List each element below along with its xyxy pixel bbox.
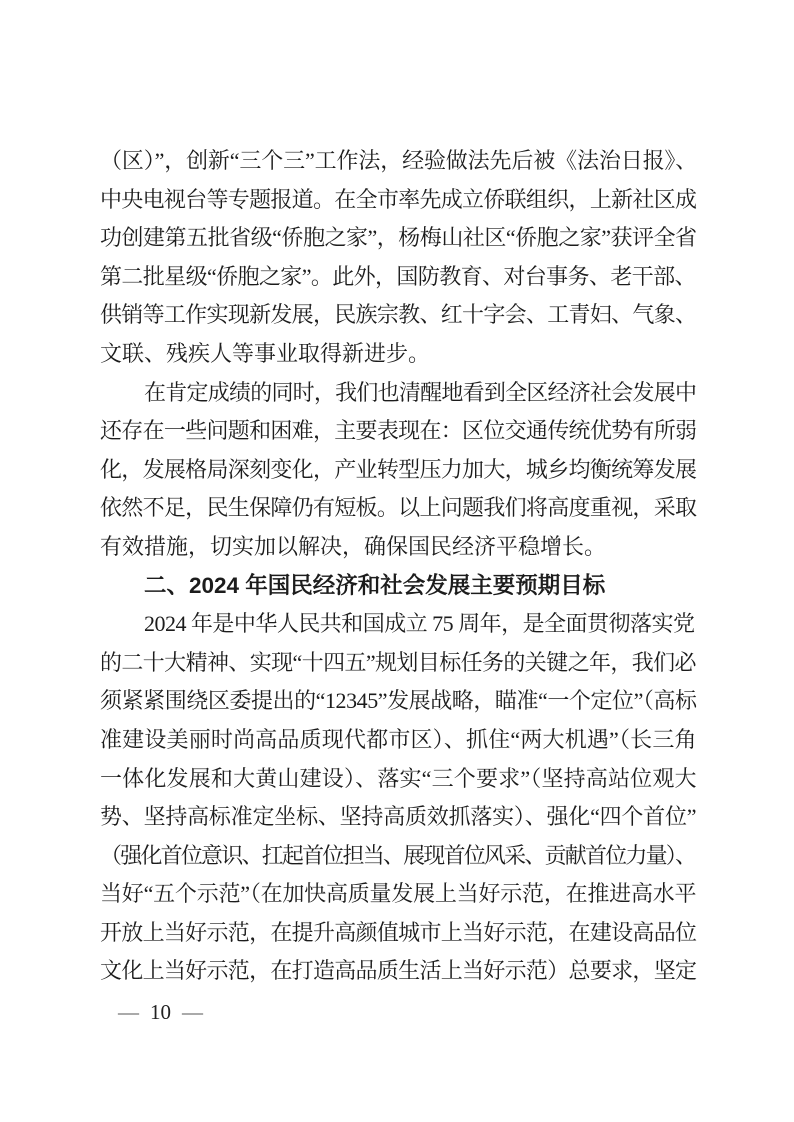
- footer-dash-right: —: [182, 1000, 203, 1024]
- text-line: 化，发展格局深刻变化，产业转型压力加大，城乡均衡统筹发展: [100, 451, 697, 490]
- text-line: 还存在一些问题和困难，主要表现在：区位交通传统优势有所弱: [100, 412, 697, 451]
- text-line-content: 文联、残疾人等事业取得新进步。: [100, 335, 430, 374]
- paragraph: （区）”，创新“三个三”工作法，经验做法先后被《法治日报》、中央电视台等专题报道…: [100, 142, 697, 374]
- text-line: 二、2024 年国民经济和社会发展主要预期目标: [100, 567, 697, 606]
- text-line-content: 开放上当好示范，在提升高颜值城市上当好示范，在建设高品位: [100, 914, 696, 953]
- section-heading: 二、2024 年国民经济和社会发展主要预期目标: [100, 567, 697, 606]
- text-line: （区）”，创新“三个三”工作法，经验做法先后被《法治日报》、: [100, 142, 697, 181]
- text-line-content: 功创建第五批省级“侨胞之家”，杨梅山社区“侨胞之家”获评全省: [100, 219, 697, 258]
- text-line: 第二批星级“侨胞之家”。此外，国防教育、对台事务、老干部、: [100, 258, 697, 297]
- text-line-content: 第二批星级“侨胞之家”。此外，国防教育、对台事务、老干部、: [100, 258, 696, 297]
- paragraph: 2024 年是中华人民共和国成立 75 周年，是全面贯彻落实党的二十大精神、实现…: [100, 605, 697, 991]
- text-line-content: 在肯定成绩的同时，我们也清醒地看到全区经济社会发展中: [144, 374, 696, 413]
- text-line-content: 文化上当好示范，在打造高品质生活上当好示范）总要求，坚定: [100, 952, 696, 991]
- text-line-content: 化，发展格局深刻变化，产业转型压力加大，城乡均衡统筹发展: [100, 451, 696, 490]
- paragraph: 在肯定成绩的同时，我们也清醒地看到全区经济社会发展中还存在一些问题和困难，主要表…: [100, 374, 697, 567]
- text-line-content: 势、坚持高标准定坐标、坚持高质效抓落实）、强化“四个首位”: [100, 798, 696, 837]
- text-line: 依然不足，民生保障仍有短板。以上问题我们将高度重视，采取: [100, 489, 697, 528]
- text-line-content: 还存在一些问题和困难，主要表现在：区位交通传统优势有所弱: [100, 412, 696, 451]
- text-line-content: （区）”，创新“三个三”工作法，经验做法先后被《法治日报》、: [100, 142, 697, 181]
- text-line: 有效措施，切实加以解决，确保国民经济平稳增长。: [100, 528, 697, 567]
- text-line-content: 须紧紧围绕区委提出的“12345”发展战略，瞄准“一个定位”（高标: [100, 682, 697, 721]
- text-line: 中央电视台等专题报道。在全市率先成立侨联组织，上新社区成: [100, 181, 697, 220]
- page-number-footer: — 10 —: [118, 1000, 203, 1024]
- text-line: 当好“五个示范”（在加快高质量发展上当好示范，在推进高水平: [100, 875, 697, 914]
- text-line: 在肯定成绩的同时，我们也清醒地看到全区经济社会发展中: [100, 374, 697, 413]
- text-line-content: （强化首位意识、扛起首位担当、展现首位风采、贡献首位力量）、: [100, 837, 695, 876]
- text-line: 开放上当好示范，在提升高颜值城市上当好示范，在建设高品位: [100, 914, 697, 953]
- footer-page-number: 10: [150, 1000, 171, 1024]
- text-line: 须紧紧围绕区委提出的“12345”发展战略，瞄准“一个定位”（高标: [100, 682, 697, 721]
- text-line: 文联、残疾人等事业取得新进步。: [100, 335, 697, 374]
- text-line-content: 一体化发展和大黄山建设）、落实“三个要求”（坚持高站位观大: [100, 760, 697, 799]
- text-line: 准建设美丽时尚高品质现代都市区）、抓住“两大机遇”（长三角: [100, 721, 697, 760]
- text-line-content: 中央电视台等专题报道。在全市率先成立侨联组织，上新社区成: [100, 181, 696, 220]
- text-line-content: 依然不足，民生保障仍有短板。以上问题我们将高度重视，采取: [100, 489, 696, 528]
- document-content: （区）”，创新“三个三”工作法，经验做法先后被《法治日报》、中央电视台等专题报道…: [100, 142, 697, 991]
- text-line-content: 的二十大精神、实现“十四五”规划目标任务的关键之年，我们必: [100, 644, 696, 683]
- text-line-content: 有效措施，切实加以解决，确保国民经济平稳增长。: [100, 528, 606, 567]
- text-line: 文化上当好示范，在打造高品质生活上当好示范）总要求，坚定: [100, 952, 697, 991]
- text-line: 功创建第五批省级“侨胞之家”，杨梅山社区“侨胞之家”获评全省: [100, 219, 697, 258]
- text-line: 一体化发展和大黄山建设）、落实“三个要求”（坚持高站位观大: [100, 760, 697, 799]
- text-line-content: 二、2024 年国民经济和社会发展主要预期目标: [144, 567, 605, 606]
- text-line: （强化首位意识、扛起首位担当、展现首位风采、贡献首位力量）、: [100, 837, 697, 876]
- text-line-content: 供销等工作实现新发展，民族宗教、红十字会、工青妇、气象、: [100, 296, 696, 335]
- text-line-content: 准建设美丽时尚高品质现代都市区）、抓住“两大机遇”（长三角: [100, 721, 697, 760]
- document-page: （区）”，创新“三个三”工作法，经验做法先后被《法治日报》、中央电视台等专题报道…: [0, 0, 794, 1122]
- footer-dash-left: —: [118, 1000, 139, 1024]
- text-line: 势、坚持高标准定坐标、坚持高质效抓落实）、强化“四个首位”: [100, 798, 697, 837]
- text-line-content: 当好“五个示范”（在加快高质量发展上当好示范，在推进高水平: [100, 875, 696, 914]
- text-line-content: 2024 年是中华人民共和国成立 75 周年，是全面贯彻落实党: [144, 605, 694, 644]
- text-line: 2024 年是中华人民共和国成立 75 周年，是全面贯彻落实党: [100, 605, 697, 644]
- text-line: 的二十大精神、实现“十四五”规划目标任务的关键之年，我们必: [100, 644, 697, 683]
- text-line: 供销等工作实现新发展，民族宗教、红十字会、工青妇、气象、: [100, 296, 697, 335]
